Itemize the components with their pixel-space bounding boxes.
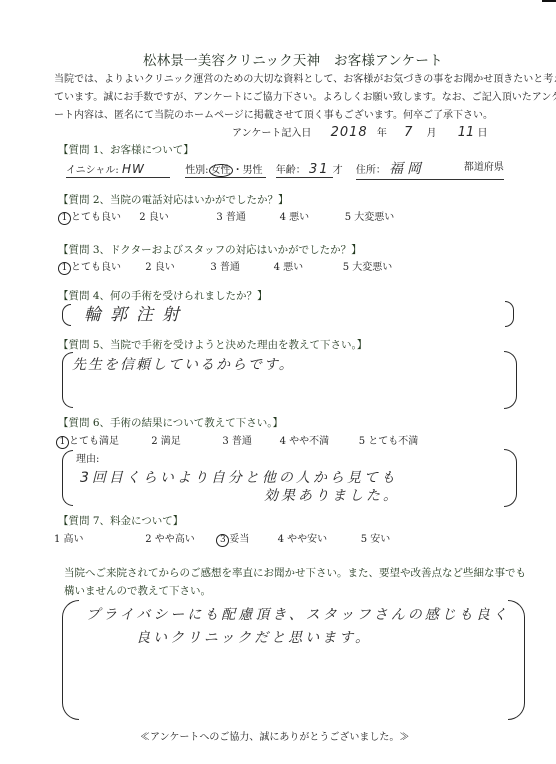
q5-bracket-right xyxy=(504,351,517,409)
gender-female-selected[interactable]: 女性 xyxy=(209,164,233,177)
date-label: アンケート記入日 xyxy=(232,128,311,139)
q1-row: イニシャル: HW 性別:女性・男性 年齢： 31 才 住所： 福岡 都道府県 xyxy=(66,158,504,180)
q4-answer[interactable]: 輪郭注射 xyxy=(84,300,188,325)
gender-separator: ・ xyxy=(233,165,243,176)
q2-option-4[interactable]: 4 悪い xyxy=(280,208,342,223)
q3-heading: 【質問 3、ドクターおよびスタッフの対応はいかがでしたか？】 xyxy=(58,242,362,257)
address-field[interactable]: 住所： 福岡 都道府県 xyxy=(356,158,504,180)
q6-reason-line-1[interactable]: 3回目くらいより自分と他の人から見ても xyxy=(80,467,398,487)
gender-male[interactable]: 男性 xyxy=(243,165,263,176)
age-unit: 才 xyxy=(333,165,343,176)
option-label: とても良い xyxy=(71,262,121,273)
q6-option-5[interactable]: 5 とても不満 xyxy=(359,436,419,447)
intro-line: ート内容は、匿名にて当院のホームページに掲載させて頂く事もございます。何卒ご了承… xyxy=(54,107,556,125)
q2-option-2[interactable]: 2 良い xyxy=(139,208,213,223)
q6-reason-line-2[interactable]: 効果ありました。 xyxy=(264,485,400,505)
q6-option-4[interactable]: 4 やや不満 xyxy=(280,432,356,447)
feedback-prompt: 当院へご来院されてからのご感想を率直にお聞かせ下さい。また、要望や改善点など些細… xyxy=(64,564,526,600)
date-year[interactable]: 2018 xyxy=(331,125,368,140)
survey-title: 松林景一美容クリニック天神 お客様アンケート xyxy=(143,49,443,69)
q7-option-4[interactable]: 4 やや安い xyxy=(278,530,358,545)
address-value: 福岡 xyxy=(389,161,425,177)
q6-bracket-right xyxy=(504,449,517,507)
q6-heading: 【質問 6、手術の結果について教えて下さい。】 xyxy=(58,415,283,430)
initial-value: HW xyxy=(122,162,145,176)
q2-heading: 【質問 2、当院の電話対応はいかがでしたか？】 xyxy=(58,192,289,207)
q7-option-1[interactable]: 1 高い xyxy=(54,530,142,545)
age-value: 31 xyxy=(309,162,330,177)
entry-date: アンケート記入日 2018 年 7 月 11 日 xyxy=(232,124,487,140)
date-day[interactable]: 11 xyxy=(458,125,475,140)
option-label: とても満足 xyxy=(69,436,119,447)
day-unit: 日 xyxy=(477,128,487,139)
q1-heading: 【質問 1、お客様について】 xyxy=(58,142,194,157)
option-label: とても良い xyxy=(71,212,121,223)
q6-option-1[interactable]: 1とても満足 xyxy=(56,432,148,449)
q7-option-2[interactable]: 2 やや高い xyxy=(145,530,213,545)
selected-circle-icon: 1 xyxy=(58,212,71,225)
initial-label: イニシャル: xyxy=(66,165,119,176)
q7-option-5[interactable]: 5 安い xyxy=(361,534,391,545)
q3-options: 1とても良い 2 良い 3 普通 4 悪い 5 大変悪い xyxy=(58,258,392,275)
q3-option-1[interactable]: 1とても良い xyxy=(58,258,142,275)
q6-reason-label: 理由: xyxy=(76,450,99,465)
age-field[interactable]: 年齢： 31 xyxy=(276,165,333,178)
q3-option-3[interactable]: 3 普通 xyxy=(210,258,270,273)
q6-bracket-left xyxy=(62,450,73,506)
q6-option-2[interactable]: 2 満足 xyxy=(151,432,219,447)
feedback-answer-line-1[interactable]: プライバシーにも配慮頂き、スタッフさんの感じも良く xyxy=(86,604,510,624)
q5-heading: 【質問 5、当院で手術を受けようと決めた理由を教えて下さい。】 xyxy=(58,337,367,352)
address-label: 住所： xyxy=(356,165,386,176)
age-label: 年齢： xyxy=(276,165,306,176)
q3-option-2[interactable]: 2 良い xyxy=(145,258,207,273)
gender-field[interactable]: 性別:女性・男性 xyxy=(185,165,266,178)
intro-text: 当院では、よりよいクリニック運営のための大切な資料として、お客様がお気づきの事を… xyxy=(54,71,556,125)
selected-circle-icon: 1 xyxy=(56,436,69,449)
gender-label: 性別: xyxy=(185,165,208,176)
date-month[interactable]: 7 xyxy=(404,125,415,140)
q2-option-5[interactable]: 5 大変悪い xyxy=(345,212,395,223)
q4-bracket-right xyxy=(505,301,514,327)
q2-option-3[interactable]: 3 普通 xyxy=(216,208,276,223)
q2-options: 1とても良い 2 良い 3 普通 4 悪い 5 大変悪い xyxy=(58,208,394,225)
intro-line: 当院では、よりよいクリニック運営のための大切な資料として、お客様がお気づきの事を… xyxy=(54,71,556,89)
q3-option-4[interactable]: 4 悪い xyxy=(274,258,340,273)
option-label: 妥当 xyxy=(229,534,249,545)
q2-option-1[interactable]: 1とても良い xyxy=(58,208,136,225)
q5-answer[interactable]: 先生を信頼しているからです。 xyxy=(72,354,295,374)
q3-option-5[interactable]: 5 大変悪い xyxy=(343,262,393,273)
thanks-footer: ≪アンケートへのご協力、誠にありがとうございました。≫ xyxy=(140,728,409,743)
year-unit: 年 xyxy=(377,128,387,139)
feedback-prompt-line: 構いませんので教えて下さい。 xyxy=(64,582,526,600)
selected-circle-icon: 3 xyxy=(216,534,229,547)
address-unit: 都道府県 xyxy=(464,158,504,173)
month-unit: 月 xyxy=(427,128,437,139)
feedback-answer-line-2[interactable]: 良いクリニックだと思います。 xyxy=(136,627,372,647)
q7-options: 1 高い 2 やや高い 3妥当 4 やや安い 5 安い xyxy=(54,530,390,547)
q6-option-3[interactable]: 3 普通 xyxy=(222,432,276,447)
q7-option-3[interactable]: 3妥当 xyxy=(216,530,274,547)
feedback-prompt-line: 当院へご来院されてからのご感想を率直にお聞かせ下さい。また、要望や改善点など些細… xyxy=(64,564,526,582)
initial-field[interactable]: イニシャル: HW xyxy=(66,161,170,178)
q6-options: 1とても満足 2 満足 3 普通 4 やや不満 5 とても不満 xyxy=(56,432,418,449)
q4-bracket-left xyxy=(62,304,71,326)
feedback-bracket-right xyxy=(508,600,525,720)
selected-circle-icon: 1 xyxy=(58,262,71,275)
q7-heading: 【質問 7、料金について】 xyxy=(58,513,183,528)
intro-line: ています。誠にお手数ですが、アンケートにご協力下さい。よろしくお願い致します。な… xyxy=(54,89,556,107)
feedback-bracket-left xyxy=(62,600,79,720)
scan-edge-mark xyxy=(542,0,556,2)
